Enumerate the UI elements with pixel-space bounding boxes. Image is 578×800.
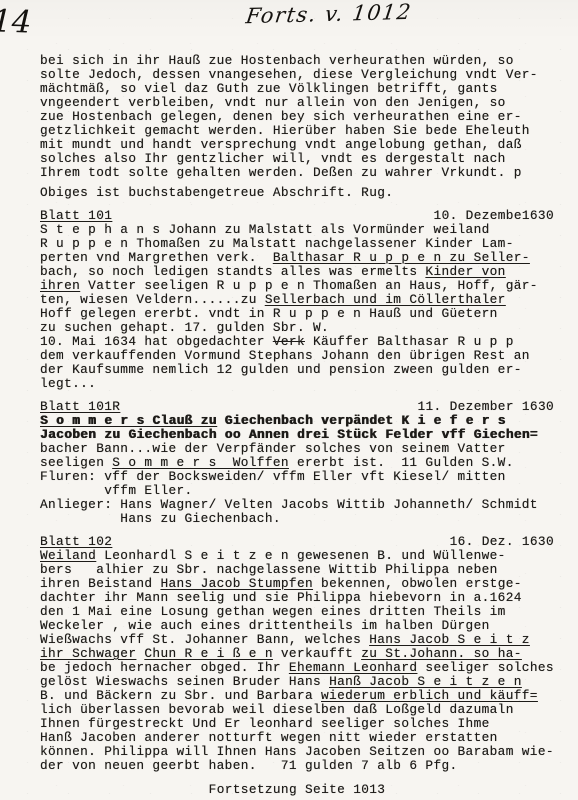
text-segment: Hans Jacob Stumpfen <box>160 576 313 591</box>
text-line: Ihnen fürgestreckt Und Er leonhard seeli… <box>40 717 554 731</box>
text-segment: Balthasar R u p p e n zu Seller- <box>273 250 530 265</box>
text-segment: ererbt ist. 11 Gulden S.W. <box>289 455 514 470</box>
text-line: vffm Eller. <box>40 484 554 498</box>
text-segment: dachter ihr Mann seelig und sie Philippa… <box>40 590 522 605</box>
scanned-document-page: 14 Forts. v. 1012 bei sich in ihr Hauß z… <box>0 0 578 800</box>
section-heading: Blatt 101R <box>40 400 120 414</box>
blatt-section: Blatt 10110. Dezembe1630S t e p h a n s … <box>40 209 554 391</box>
text-segment: S o m m e r s Wolffen <box>112 455 289 470</box>
intro-paragraph: bei sich in ihr Hauß zue Hostenbach verh… <box>40 54 554 180</box>
text-segment: Weckeler , wie auch eines drittentheils … <box>40 618 490 633</box>
text-line: den 1 Mai eine Losung gethan wegen eines… <box>40 605 554 619</box>
text-line: getzlichkeit gemacht werden. Hierüber ha… <box>40 124 554 138</box>
text-segment: Käuffer Balthasar R u p p <box>305 334 514 349</box>
text-segment: Chun R e i ß e n <box>144 646 272 661</box>
text-segment: Giechenbach verpändet K i e f e r s <box>217 413 506 428</box>
text-segment: zu suchen gehapt. 17. gulden Sbr. W. <box>40 320 329 335</box>
text-line: S t e p h a n s Johann zu Malstatt als V… <box>40 223 554 237</box>
text-line: solte Jedoch, dessen vnangesehen, diese … <box>40 68 554 82</box>
text-line: bach, so noch ledigen standts alles was … <box>40 265 554 279</box>
text-segment: legt... <box>40 376 96 391</box>
text-segment: getzlichkeit gemacht werden. Hierüber ha… <box>40 123 530 138</box>
text-line: seeligen S o m m e r s Wolffen ererbt is… <box>40 456 554 470</box>
text-line: S o m m e r s Clauß zu Giechenbach verpä… <box>40 414 554 428</box>
text-segment: gelöst Wieswachs seinen Bruder Hans <box>40 674 329 689</box>
text-segment: B. und Bäckern zu Sbr. und Barbara <box>40 688 321 703</box>
text-segment: 10. Mai 1634 hat obgedachter <box>40 334 273 349</box>
text-line: 10. Mai 1634 hat obgedachter Verk Käuffe… <box>40 335 554 349</box>
text-segment: bers alhier zu Sbr. nachgelassene Wittib… <box>40 562 498 577</box>
text-line: bers alhier zu Sbr. nachgelassene Wittib… <box>40 563 554 577</box>
text-line: legt... <box>40 377 554 391</box>
text-line: dem verkauffenden Vormund Stephans Johan… <box>40 349 554 363</box>
abschrift-note: Obiges ist buchstabengetreue Abschrift. … <box>40 186 554 200</box>
text-segment: mächtmäß, so viel daz Guth zue Völklinge… <box>40 81 498 96</box>
text-segment: Ehemann Leonhard <box>289 660 417 675</box>
text-segment: wiederum erblich und käuff= <box>321 688 538 703</box>
text-segment: der von neuen geerbt haben. 71 gulden 7 … <box>40 758 458 773</box>
text-line: vngeendert verbleiben, vndt nur allein v… <box>40 96 554 110</box>
text-line: bei sich in ihr Hauß zue Hostenbach verh… <box>40 54 554 68</box>
text-segment: be jedoch hernacher obged. Ihr <box>40 660 289 675</box>
document-body: Blatt 10110. Dezembe1630S t e p h a n s … <box>40 209 554 773</box>
text-segment: Ihnen fürgestreckt Und Er leonhard seeli… <box>40 716 490 731</box>
blatt-section: Blatt 101R11. Dezember 1630S o m m e r s… <box>40 400 554 526</box>
text-line: Anlieger: Hans Wagner/ Velten Jacobs Wit… <box>40 498 554 512</box>
text-line: solches also Ihr gentzlicher will, vndt … <box>40 152 554 166</box>
section-date: 10. Dezembe1630 <box>434 209 554 223</box>
text-segment: lich überlassen bevorab weil dieselben d… <box>40 702 514 717</box>
text-segment: den 1 Mai eine Losung gethan wegen eines… <box>40 604 506 619</box>
text-segment: Jacoben zu Giechenbach oo Annen drei Stü… <box>40 427 538 442</box>
section-date: 11. Dezember 1630 <box>418 400 555 414</box>
text-line: ihr Schwager Chun R e i ß e n verkaufft … <box>40 647 554 661</box>
text-segment: verkaufft <box>273 646 361 661</box>
text-segment: vngeendert verbleiben, vndt nur allein v… <box>40 95 506 110</box>
text-segment: S t e p h a n s Johann zu Malstatt als V… <box>40 222 490 237</box>
text-segment: ihr Schwager <box>40 646 136 661</box>
text-segment: Hans zu Giechenbach. <box>40 511 281 526</box>
text-segment: ihren Beistand <box>40 576 160 591</box>
text-line: mit mundt und handt versprechung vndt an… <box>40 138 554 152</box>
text-line: perten vnd Margrethen verk. Balthasar R … <box>40 251 554 265</box>
text-line: Fluren: vff der Bocksweiden/ vffm Eller … <box>40 470 554 484</box>
text-segment: bei sich in ihr Hauß zue Hostenbach verh… <box>40 53 514 68</box>
text-segment: perten vnd Margrethen verk. <box>40 250 273 265</box>
text-segment: ihren <box>40 278 80 293</box>
text-segment: Hanß Jacoben anderer notturft wegen nitt… <box>40 730 498 745</box>
text-line: Wießwachs vff St. Johanner Bann, welches… <box>40 633 554 647</box>
text-line: B. und Bäckern zu Sbr. und Barbara wiede… <box>40 689 554 703</box>
text-line: Hoff gelegen ererbt. vndt in R u p p e n… <box>40 307 554 321</box>
section-header-row: Blatt 10110. Dezembe1630 <box>40 209 554 223</box>
text-segment: Vatter seeligen R u p p e n Thomaßen an … <box>80 278 538 293</box>
text-segment: Fluren: vff der Bocksweiden/ vffm Eller … <box>40 469 506 484</box>
text-line: Weiland Leonhardl S e i t z e n gewesene… <box>40 549 554 563</box>
text-line: Hans zu Giechenbach. <box>40 512 554 526</box>
text-segment: Wießwachs vff St. Johanner Bann, welches <box>40 632 369 647</box>
text-line: R u p p e n Thomaßen zu Malstatt nachgel… <box>40 237 554 251</box>
text-segment: seeligen <box>40 455 112 470</box>
text-segment: Kinder von <box>425 264 505 279</box>
text-segment: Anlieger: Hans Wagner/ Velten Jacobs Wit… <box>40 497 538 512</box>
text-line: dachter ihr Mann seelig und sie Philippa… <box>40 591 554 605</box>
text-line: Jacoben zu Giechenbach oo Annen drei Stü… <box>40 428 554 442</box>
text-segment: Sellerbach und im Cöllerthaler <box>265 292 506 307</box>
text-segment: zue Hostenbach gelegen, denen bey sich v… <box>40 109 522 124</box>
text-line: können. Philippa will Ihnen Hans Jacoben… <box>40 745 554 759</box>
text-segment: Ihrem todt solte gehalten werden. Deßen … <box>40 165 522 180</box>
page-footer: Fortsetzung Seite 1013 <box>40 783 554 797</box>
text-segment: solches also Ihr gentzlicher will, vndt … <box>40 151 506 166</box>
text-line: der Kaufsumme nemlich 12 gulden und pens… <box>40 363 554 377</box>
text-line: lich überlassen bevorab weil dieselben d… <box>40 703 554 717</box>
text-line: gelöst Wieswachs seinen Bruder Hans Hanß… <box>40 675 554 689</box>
text-line: Weckeler , wie auch eines drittentheils … <box>40 619 554 633</box>
text-segment: S o m m e r s Clauß zu <box>40 413 217 428</box>
section-header-row: Blatt 101R11. Dezember 1630 <box>40 400 554 414</box>
text-segment: Weiland <box>40 548 96 563</box>
text-segment: seeliger solches <box>417 660 554 675</box>
text-segment: der Kaufsumme nemlich 12 gulden und pens… <box>40 362 522 377</box>
text-segment: bekennen, obwolen erstge- <box>313 576 522 591</box>
blatt-section: Blatt 10216. Dez. 1630Weiland Leonhardl … <box>40 535 554 773</box>
text-line: Ihrem todt solte gehalten werden. Deßen … <box>40 166 554 180</box>
text-segment: bacher Bann...wie der Verpfänder solches… <box>40 441 506 456</box>
text-line: zue Hostenbach gelegen, denen bey sich v… <box>40 110 554 124</box>
text-segment: Hans Jacob S e i t z <box>369 632 530 647</box>
text-segment: dem verkauffenden Vormund Stephans Johan… <box>40 348 530 363</box>
text-segment: bach, so noch ledigen standts alles was … <box>40 264 425 279</box>
text-segment: Hanß Jacob S e i t z e n <box>329 674 522 689</box>
text-segment: solte Jedoch, dessen vnangesehen, diese … <box>40 67 538 82</box>
text-segment: mit mundt und handt versprechung vndt an… <box>40 137 522 152</box>
section-header-row: Blatt 10216. Dez. 1630 <box>40 535 554 549</box>
text-line: ten, wiesen Veldern......zu Sellerbach u… <box>40 293 554 307</box>
text-line: mächtmäß, so viel daz Guth zue Völklinge… <box>40 82 554 96</box>
text-segment: Verk <box>273 334 305 349</box>
text-segment: ten, wiesen Veldern......zu <box>40 292 265 307</box>
text-segment: zu St.Johann. so ha- <box>361 646 522 661</box>
section-date: 16. Dez. 1630 <box>450 535 554 549</box>
text-line: zu suchen gehapt. 17. gulden Sbr. W. <box>40 321 554 335</box>
text-segment: vffm Eller. <box>40 483 193 498</box>
typewritten-document: bei sich in ihr Hauß zue Hostenbach verh… <box>0 0 578 797</box>
text-segment: können. Philippa will Ihnen Hans Jacoben… <box>40 744 554 759</box>
text-segment: Hoff gelegen ererbt. vndt in R u p p e n… <box>40 306 498 321</box>
text-segment: Leonhardl S e i t z e n gewesenen B. und… <box>96 548 506 563</box>
section-heading: Blatt 102 <box>40 535 112 549</box>
text-line: Hanß Jacoben anderer notturft wegen nitt… <box>40 731 554 745</box>
text-segment: R u p p e n Thomaßen zu Malstatt nachgel… <box>40 236 514 251</box>
text-line: be jedoch hernacher obged. Ihr Ehemann L… <box>40 661 554 675</box>
text-line: der von neuen geerbt haben. 71 gulden 7 … <box>40 759 554 773</box>
text-line: bacher Bann...wie der Verpfänder solches… <box>40 442 554 456</box>
section-heading: Blatt 101 <box>40 209 112 223</box>
text-line: ihren Vatter seeligen R u p p e n Thomaß… <box>40 279 554 293</box>
text-line: ihren Beistand Hans Jacob Stumpfen beken… <box>40 577 554 591</box>
